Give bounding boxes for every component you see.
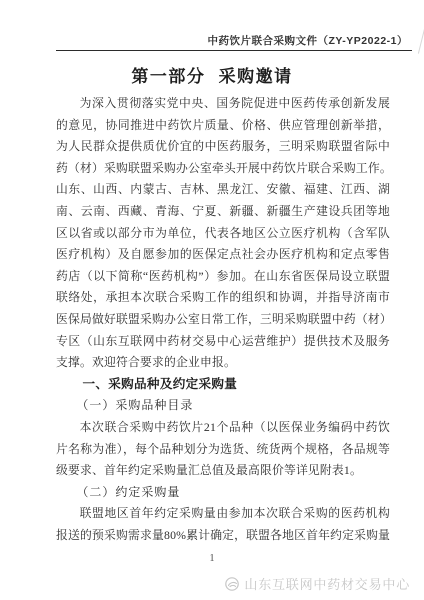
section-heading-1: 一、采购品种及约定采购量	[56, 374, 390, 396]
text-line: 为深入贯彻落实党中央、国务院促进中医药传承创新发展	[56, 93, 390, 115]
text-line: 医疗机构）及自愿参加的医保定点社会办医疗机构和定点零售	[56, 244, 390, 266]
text-line: 药（材）采购联盟采购办公室牵头开展中药饮片联合采购工作。	[56, 158, 390, 180]
text-line: 片名称为准），每个品种划分为选货、统货两个规格，各品规等	[56, 439, 390, 461]
text-line: 支撑。欢迎符合要求的企业申报。	[56, 352, 390, 374]
text-line: 联盟地区首年约定采购量由参加本次联合采购的医药机构	[56, 503, 390, 525]
text-line: 南、云南、西藏、青海、宁夏、新疆、新疆生产建设兵团等地	[56, 201, 390, 223]
text-line: 专区（山东互联网中药材交易中心运营维护）提供技术及服务	[56, 331, 390, 353]
text-line: 区以省或以部分市为单位，代表各地区公立医疗机构（含军队	[56, 223, 390, 245]
text-line: 的意见，协同推进中药饮片质量、价格、供应管理创新举措，	[56, 115, 390, 137]
trade-center-logo-icon	[224, 576, 240, 592]
subsection-heading-1: （一）采购品种目录	[56, 395, 390, 417]
page-title: 第一部分 采购邀请	[0, 62, 424, 87]
scan-artifact	[418, 28, 424, 53]
header-divider	[56, 50, 412, 51]
text-line: 药店（以下简称“医药机构”）参加。在山东省医保局设立联盟	[56, 266, 390, 288]
page-number: 1	[0, 553, 424, 564]
text-line: 为人民群众提供质优价宜的中医药服务，三明采购联盟省际中	[56, 136, 390, 158]
document-page: 中药饮片联合采购文件（ZY-YP2022-1） 第一部分 采购邀请 为深入贯彻落…	[0, 0, 424, 600]
document-body: 为深入贯彻落实党中央、国务院促进中医药传承创新发展 的意见，协同推进中药饮片质量…	[56, 93, 390, 546]
text-line: 本次联合采购中药饮片21个品种（以医保业务编码中药饮	[56, 417, 390, 439]
watermark: 山东互联网中药材交易中心	[224, 574, 410, 593]
text-line: 级要求、首年约定采购量汇总值及最高限价等详见附表1。	[56, 460, 390, 482]
subsection-heading-2: （二）约定采购量	[56, 482, 390, 504]
text-line: 医保局做好联盟采购办公室日常工作，三明采购联盟中药（材）	[56, 309, 390, 331]
text-line: 联络处，承担本次联合采购工作的组织和协调，并指导济南市	[56, 287, 390, 309]
text-line: 山东、山西、内蒙古、吉林、黑龙江、安徽、福建、江西、湖	[56, 179, 390, 201]
text-line: 报送的预采购需求量80%累计确定，联盟各地区首年约定采购量	[56, 525, 390, 547]
watermark-text: 山东互联网中药材交易中心	[244, 574, 410, 593]
document-header-label: 中药饮片联合采购文件（ZY-YP2022-1）	[207, 33, 408, 48]
